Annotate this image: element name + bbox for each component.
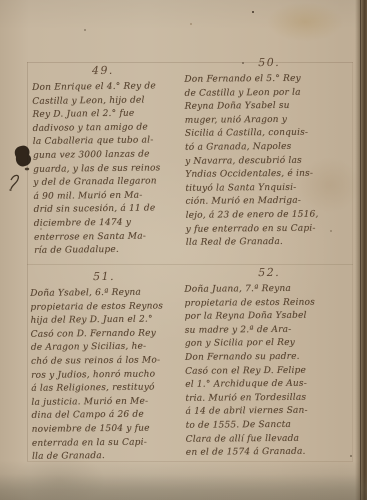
entry-51: 51. Doña Ysabel, 6.ª Reyna propietaria d… <box>30 269 180 464</box>
rule-line-left-margin <box>27 62 28 461</box>
paper-specks <box>0 0 2 2</box>
entry-52-number: 52. <box>184 265 354 279</box>
entry-49-number: 49. <box>32 63 174 78</box>
entry-51-text: Doña Ysabel, 6.ª Reyna propietaria de es… <box>30 286 180 464</box>
page-edge-line <box>360 0 361 500</box>
entry-50: 50. Don Fernando el 5.° Rey de Castilla … <box>184 55 356 250</box>
ink-blot <box>7 142 37 194</box>
entry-49: 49. Don Enrique el 4.° Rey de Castilla y… <box>32 63 176 258</box>
entry-50-number: 50. <box>184 55 354 69</box>
entry-50-text: Don Fernando el 5.° Rey de Castilla y Le… <box>184 72 356 250</box>
entry-51-number: 51. <box>30 269 178 284</box>
entry-52-text: Doña Juana, 7.ª Reyna propietaria de est… <box>184 282 356 460</box>
entry-49-text: Don Enrique el 4.° Rey de Castilla y Leo… <box>32 80 176 258</box>
entry-52: 52. Doña Juana, 7.ª Reyna propietaria de… <box>184 265 356 460</box>
page-bottom-shadow <box>0 474 367 500</box>
page-edge <box>355 0 367 500</box>
